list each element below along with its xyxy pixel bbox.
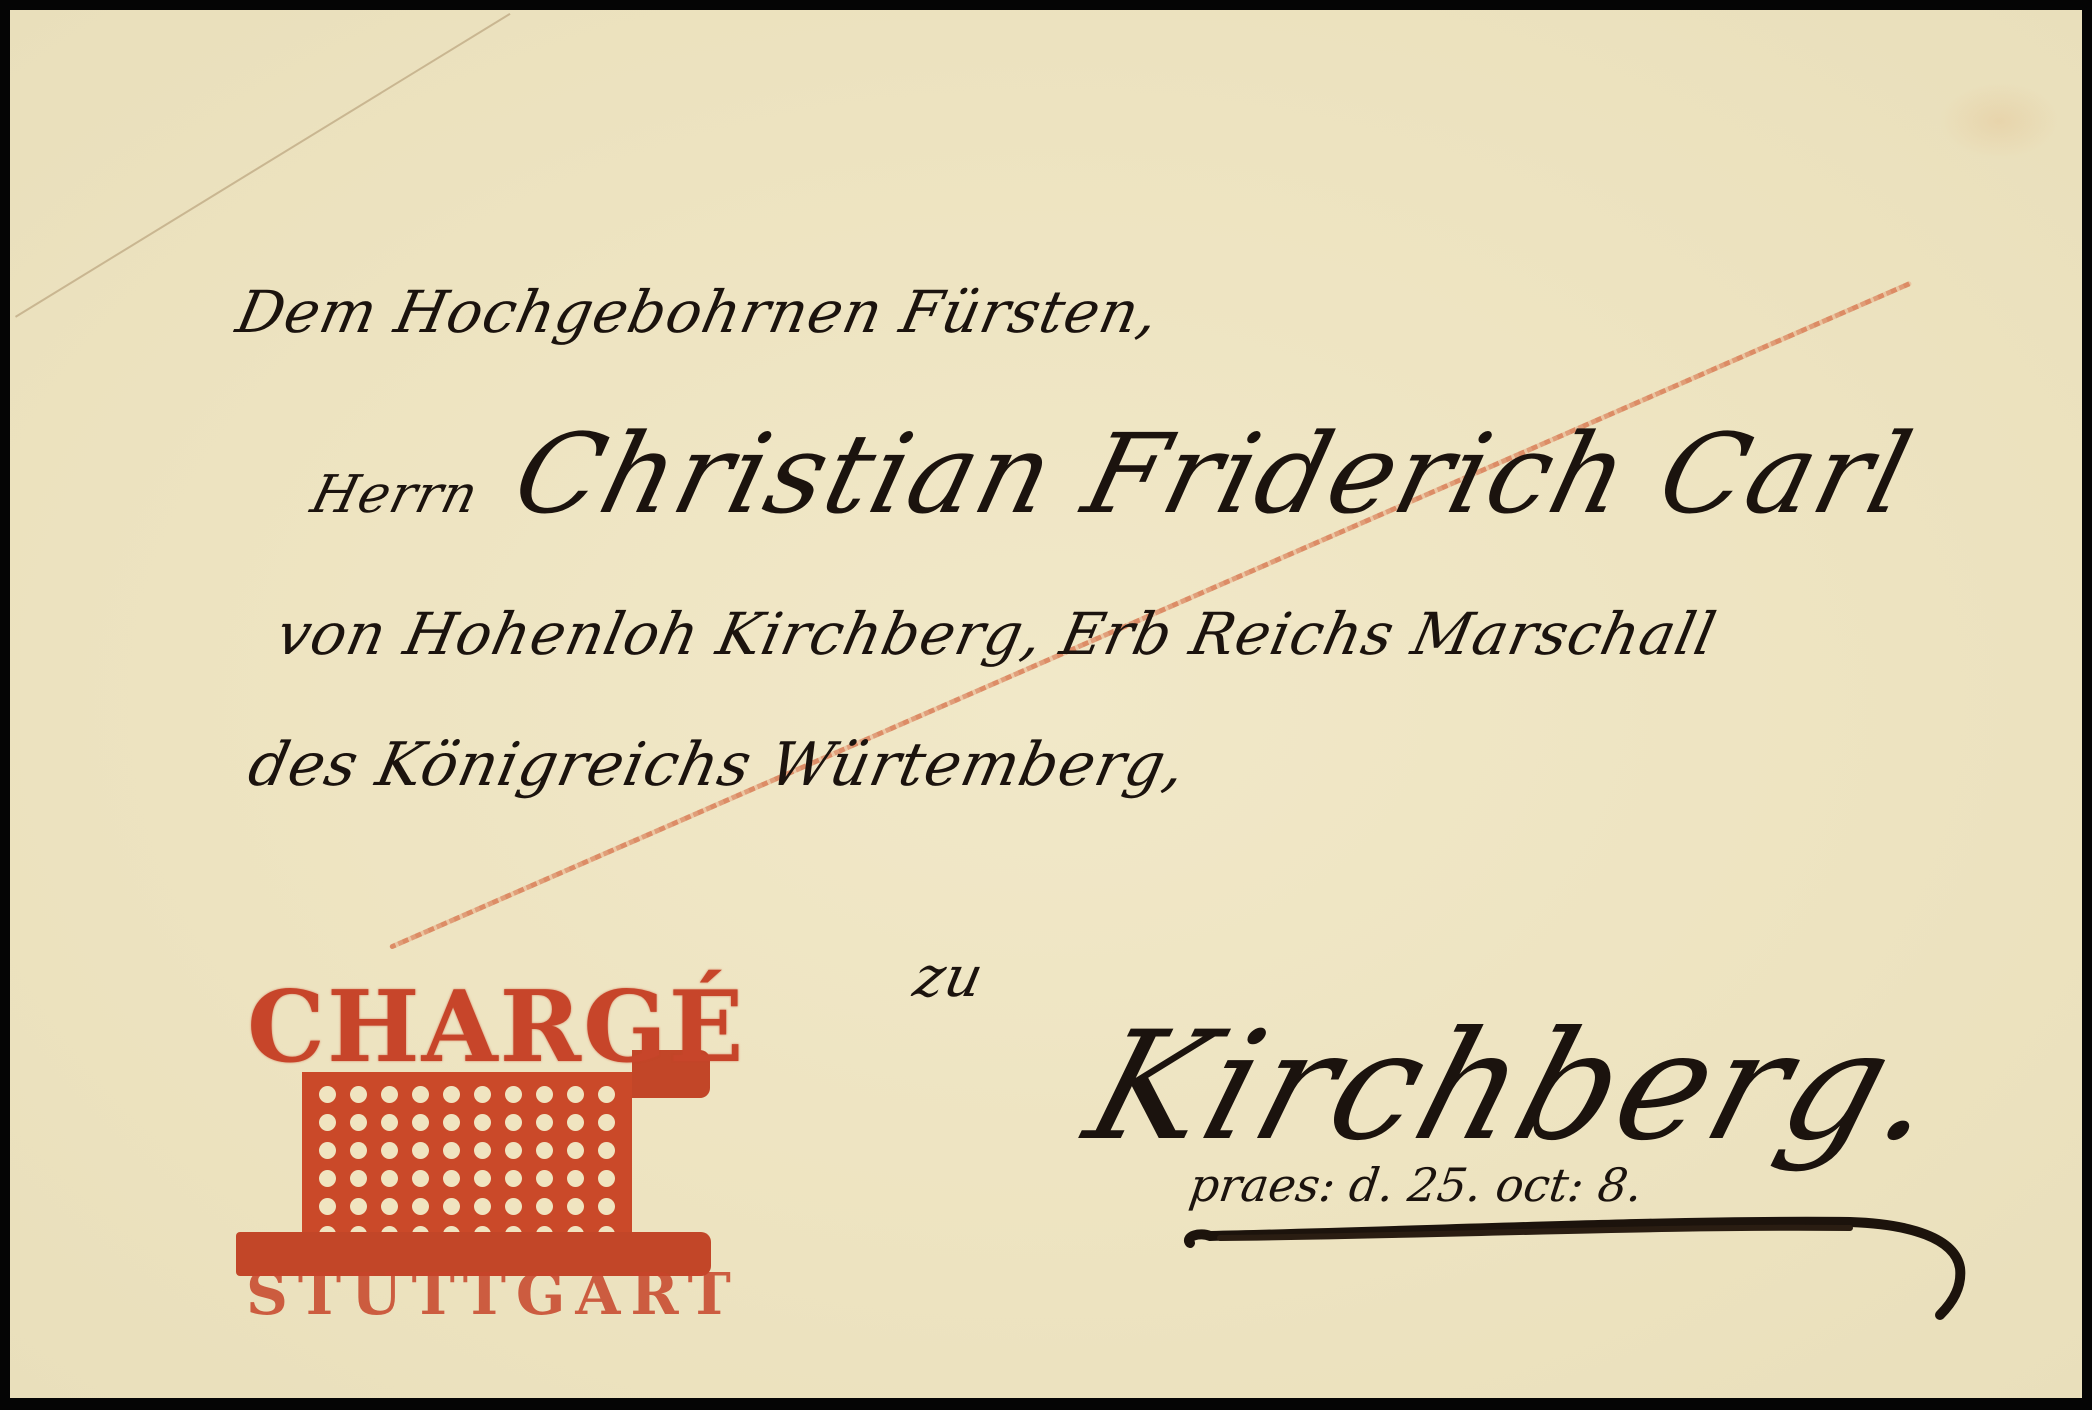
stamp-grid-dot: [350, 1198, 367, 1215]
stamp-grid-dot: [319, 1198, 336, 1215]
destination-town: Kirchberg.: [1070, 1000, 1962, 1174]
stamp-grid-dot: [381, 1170, 398, 1187]
stamp-grid-dot: [412, 1198, 429, 1215]
stamp-grid-dot: [474, 1198, 491, 1215]
address-preposition: zu: [908, 945, 989, 1010]
stamp-grid-dot: [443, 1142, 460, 1159]
stamp-dot-grid: [302, 1072, 632, 1257]
stamp-grid-dot: [536, 1142, 553, 1159]
receipt-docket: praes: d. 25. oct: 8.: [1186, 1158, 1646, 1212]
stamp-grid-dot: [536, 1198, 553, 1215]
stamp-grid-dot: [536, 1114, 553, 1131]
stamp-grid-dot: [474, 1086, 491, 1103]
stamp-grid-dot: [319, 1114, 336, 1131]
stamp-grid-dot: [381, 1114, 398, 1131]
stamp-grid-dot: [598, 1086, 615, 1103]
stamp-grid-dot: [474, 1170, 491, 1187]
stamp-grid-dot: [350, 1142, 367, 1159]
stamp-grid-dot: [474, 1142, 491, 1159]
stamp-grid-dot: [412, 1170, 429, 1187]
stamp-grid-dot: [567, 1086, 584, 1103]
stamp-grid-dot: [505, 1170, 522, 1187]
stamp-grid-dot: [567, 1114, 584, 1131]
stamp-grid-dot: [412, 1142, 429, 1159]
address-line-kingdom: des Königreichs Würtemberg,: [243, 730, 1193, 800]
stamp-grid-dot: [505, 1142, 522, 1159]
stamp-grid-dot: [350, 1114, 367, 1131]
stamp-grid-dot: [598, 1142, 615, 1159]
recipient-name: Christian Friderich Carl: [502, 410, 1924, 538]
stamp-grid-dot: [350, 1170, 367, 1187]
address-title: Herrn: [305, 465, 484, 525]
stamp-grid-dot: [350, 1086, 367, 1103]
stamp-grid-dot: [381, 1142, 398, 1159]
stamp-grid-dot: [536, 1086, 553, 1103]
stamp-grid-dot: [474, 1114, 491, 1131]
stamp-grid-dot: [598, 1114, 615, 1131]
stamp-grid-dot: [381, 1086, 398, 1103]
address-line-salutation: Dem Hochgebohrnen Fürsten,: [231, 278, 1166, 346]
stamp-grid-dot: [567, 1198, 584, 1215]
stamp-grid-dot: [443, 1170, 460, 1187]
stamp-grid-dot: [505, 1198, 522, 1215]
stamp-title-charge: CHARGÉ: [247, 970, 745, 1085]
stamp-grid-dot: [319, 1086, 336, 1103]
stamp-grid-dot: [381, 1198, 398, 1215]
stamp-grid-dot: [505, 1114, 522, 1131]
stamp-grid-dot: [319, 1142, 336, 1159]
stamp-grid-dot: [505, 1086, 522, 1103]
stamp-grid-dot: [536, 1170, 553, 1187]
stamp-grid-dot: [443, 1114, 460, 1131]
address-line-title: von Hohenloh Kirchberg, Erb Reichs Marsc…: [271, 600, 1723, 668]
stamp-base-bar: [236, 1232, 711, 1276]
stamp-grid-dot: [598, 1198, 615, 1215]
paper-fold-crease: [15, 13, 510, 317]
address-line-name: HerrnChristian Friderich Carl: [302, 410, 1925, 538]
stamp-grid-dot: [567, 1170, 584, 1187]
stamp-grid-dot: [412, 1114, 429, 1131]
stamp-grid-dot: [319, 1170, 336, 1187]
stamp-grid-dot: [443, 1086, 460, 1103]
stamp-grid-dot: [598, 1170, 615, 1187]
stamp-grid-dot: [567, 1142, 584, 1159]
letter-cover: Dem Hochgebohrnen Fürsten, HerrnChristia…: [10, 10, 2082, 1398]
stamp-grid-dot: [443, 1198, 460, 1215]
stamp-grid-dot: [412, 1086, 429, 1103]
